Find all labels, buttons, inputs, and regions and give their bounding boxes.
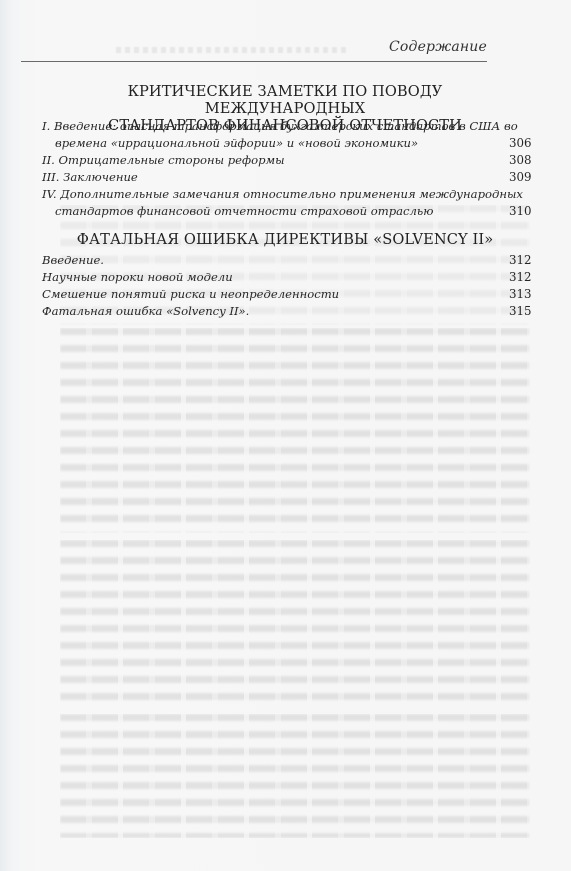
toc-entry[interactable]: I. Введение: опасная трансформация бухга… [42,118,531,152]
dot-leader [424,135,503,147]
toc-list: I. Введение: опасная трансформация бухга… [42,118,531,220]
toc-page-number: 315 [509,303,531,320]
book-page: Содержание КРИТИЧЕСКИЕ ЗАМЕТКИ ПО ПОВОДУ… [0,0,571,871]
bleed-through-header [116,47,346,53]
toc-entry[interactable]: IV. Дополнительные замечания относительн… [42,186,531,220]
toc-entry-title: Научные пороки новой модели [42,269,233,286]
toc-entry-title: времена «иррациональной эйфории» и «ново… [55,135,418,152]
toc-page-number: 313 [509,286,531,303]
section-heading-line: КРИТИЧЕСКИЕ ЗАМЕТКИ ПО ПОВОДУ МЕЖДУНАРОД… [50,83,520,117]
toc-entry-title: Введение. [42,252,104,269]
toc-entry[interactable]: II. Отрицательные стороны реформы 308 [42,152,531,169]
toc-entry-title: Смешение понятий риска и неопределенност… [42,286,339,303]
section-heading-line: ФАТАЛЬНАЯ ОШИБКА ДИРЕКТИВЫ «SOLVENCY II» [50,231,520,248]
toc-entry-title: стандартов финансовой отчетности страхов… [55,203,433,220]
bleed-through-texture [60,540,530,710]
dot-leader [110,252,503,264]
toc-entry-title: I. Введение: опасная трансформация бухга… [42,118,518,135]
toc-entry-title: II. Отрицательные стороны реформы [42,152,285,169]
toc-entry[interactable]: Фатальная ошибка «Solvency II». 315 [42,303,531,320]
toc-page-number: 308 [509,152,531,169]
toc-page-number: 309 [509,169,531,186]
toc-entry-title: III. Заключение [42,169,138,186]
dot-leader [255,303,503,315]
toc-page-number: 312 [509,269,531,286]
toc-list: Введение. 312 Научные пороки новой модел… [42,252,531,320]
toc-entry-title: Фатальная ошибка «Solvency II». [42,303,249,320]
toc-page-number: 306 [509,135,531,152]
running-header-title: Содержание [389,39,487,55]
dot-leader [144,169,503,181]
dot-leader [439,203,503,215]
section-heading: ФАТАЛЬНАЯ ОШИБКА ДИРЕКТИВЫ «SOLVENCY II» [50,231,520,248]
toc-page-number: 312 [509,252,531,269]
running-header: Содержание [21,37,487,62]
toc-entry[interactable]: Введение. 312 [42,252,531,269]
dot-leader [345,286,503,298]
bleed-through-texture [60,714,530,838]
toc-page-number: 310 [509,203,531,220]
dot-leader [239,269,503,281]
bleed-through-texture [60,328,530,533]
dot-leader [291,152,503,164]
toc-entry[interactable]: Смешение понятий риска и неопределенност… [42,286,531,303]
toc-entry-title: IV. Дополнительные замечания относительн… [42,186,523,203]
toc-entry[interactable]: III. Заключение 309 [42,169,531,186]
toc-entry[interactable]: Научные пороки новой модели 312 [42,269,531,286]
